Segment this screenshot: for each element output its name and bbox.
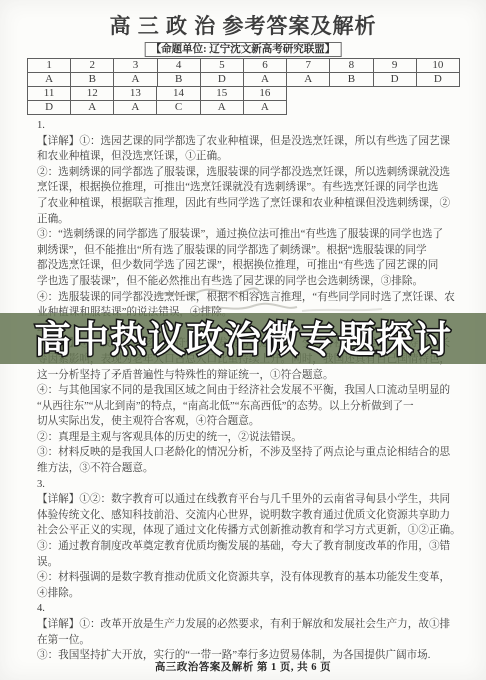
answer-letter-cell: D [416, 73, 459, 87]
document-page: 高 三 政 治 参考答案及解析 【命题单位: 辽宁沈文新高考研究联盟】 1234… [0, 0, 486, 680]
text-line: ④排除。 [37, 586, 455, 602]
answer-letter-cell: A [243, 73, 286, 87]
table-row: ABABDAABDD [28, 73, 460, 87]
watermark-banner: 高中热议政治微专题探讨 [0, 313, 486, 364]
answer-table-upper: 12345678910 ABABDAABDD [27, 58, 460, 87]
answer-letter-cell: D [373, 73, 416, 87]
text-line: ④：与其他国家不同的是我国区域之间由于经济社会发展不平衡，我国人口流动呈明显的 [37, 383, 455, 399]
question-number-cell: 3 [114, 59, 157, 73]
answer-letter-cell: C [157, 101, 200, 115]
text-line: ③：“选刺绣课的同学都选了服装课”，通过换位法可推出“有些选了服装课的同学也选了 [37, 227, 455, 243]
text-line: 误。 [37, 555, 455, 571]
question-number-cell: 2 [71, 59, 114, 73]
question-number-cell: 14 [157, 87, 200, 101]
question-number-cell: 15 [200, 87, 243, 101]
question-number-cell: 5 [200, 59, 243, 73]
text-line: ③：材料反映的是我国人口老龄化的情况分析，不涉及坚持了两点论与重点论相结合的思 [37, 445, 455, 461]
text-line: 切从实际出发，使主观符合客观，④符合题意。 [37, 414, 455, 430]
answer-table-lower: 111213141516 DAACAA [27, 86, 287, 115]
question-number-cell: 12 [71, 87, 114, 101]
unit-label: 【命题单位: 辽宁沈文新高考研究联盟】 [145, 42, 342, 57]
question-number-cell: 10 [416, 59, 459, 73]
text-line: 了农业种植课，根据联言推理，因此有些同学选了烹饪课和农业种植课但没选刺绣课，② [37, 196, 455, 212]
question-number-cell: 8 [330, 59, 373, 73]
text-line: 和农业种植课，但没选烹饪课，①正确。 [37, 149, 455, 165]
answer-letter-cell: A [71, 101, 114, 115]
table-row: 111213141516 [28, 87, 287, 101]
question-number-cell: 13 [114, 87, 157, 101]
text-line: 1. [37, 118, 455, 134]
text-line: 4. [37, 601, 455, 617]
text-line: ②：真理是主观与客观具体的历史的统一，②说法错误。 [37, 430, 455, 446]
question-number-cell: 4 [157, 59, 200, 73]
question-number-cell: 9 [373, 59, 416, 73]
text-line: 都没选烹饪课，但少数同学选了园艺课”，根据换位推理，可推出“有些选了园艺课的同 [37, 258, 455, 274]
text-line: ②：选刺绣课的同学都选了服装课，选服装课的同学都没选烹饪课，所以选刺绣课就没选 [37, 165, 455, 181]
text-line: 【详解】①：改革开放是生产力发展的必然要求，有利于解放和发展社会生产力，故①排 [37, 617, 455, 633]
watermark-text: 高中热议政治微专题探讨 [34, 319, 452, 360]
table-row: DAACAA [28, 101, 287, 115]
question-number-cell: 11 [28, 87, 71, 101]
text-line: 社会公平正义的实现，体现了通过文化传播方式创新推动教育和学习方式更新，①②正确。 [37, 523, 455, 539]
question-number-cell: 6 [243, 59, 286, 73]
question-number-cell: 7 [287, 59, 330, 73]
text-line: 刺绣课”，但不能推出“所有选了服装课的同学都选了刺绣课”。根据“选服装课的同学 [37, 243, 455, 259]
text-line: 【详解】①②：数字教育可以通过在线教育平台与几千里外的云南省寻甸县小学生，共同 [37, 492, 455, 508]
text-line: 正确。 [37, 212, 455, 228]
text-line: 这一分析坚持了矛盾普遍性与特殊性的辩证统一，①符合题意。 [37, 368, 455, 384]
answer-letter-cell: B [157, 73, 200, 87]
answer-letter-cell: B [71, 73, 114, 87]
text-line: “从西往东”“从北到南”的特点，“南高北低”“东高西低”的态势。以上分析做到了一 [37, 399, 455, 415]
answer-letter-cell: D [200, 73, 243, 87]
text-line: 烹饪课，根据换位推理，可推出“选烹饪课就没有选刺绣课”。有些选烹饪课的同学也选 [37, 180, 455, 196]
table-row: 12345678910 [28, 59, 460, 73]
answer-letter-cell: A [114, 73, 157, 87]
answer-letter-cell: A [287, 73, 330, 87]
question-number-cell: 1 [28, 59, 71, 73]
answer-letter-cell: A [243, 101, 286, 115]
page-title: 高 三 政 治 参考答案及解析 [0, 10, 486, 40]
watermark-banner-svg: 高中热议政治微专题探讨 [0, 313, 486, 364]
answer-letter-cell: A [200, 101, 243, 115]
text-line: 【详解】①：选园艺课的同学都选了农业种植课，但是没选烹饪课，所以有些选了园艺课 [37, 134, 455, 150]
text-line: ③：通过教育制度改革奠定教育优质均衡发展的基础，夸大了教育制度改革的作用，③错 [37, 539, 455, 555]
answer-letter-cell: A [114, 101, 157, 115]
answer-letter-cell: B [330, 73, 373, 87]
text-line: 维方法，③不符合题意。 [37, 461, 455, 477]
explanation-text: 1.【详解】①：选园艺课的同学都选了农业种植课，但是没选烹饪课，所以有些选了园艺… [37, 118, 455, 664]
text-line: 体验传统文化、感知科技前沿、交流内心世界，说明数字教育通过优质文化资源共享助力 [37, 508, 455, 524]
page-footer: 高三政治答案及解析 第 1 页, 共 6 页 [0, 659, 486, 674]
text-line: ④：材料强调的是数字教育推动优质文化资源共享，没有体现教育的基本功能发生变革， [37, 570, 455, 586]
text-line: 3. [37, 477, 455, 493]
answer-letter-cell: D [28, 101, 71, 115]
question-number-cell: 16 [243, 87, 286, 101]
text-line: 在第一位。 [37, 633, 455, 649]
answer-letter-cell: A [28, 73, 71, 87]
